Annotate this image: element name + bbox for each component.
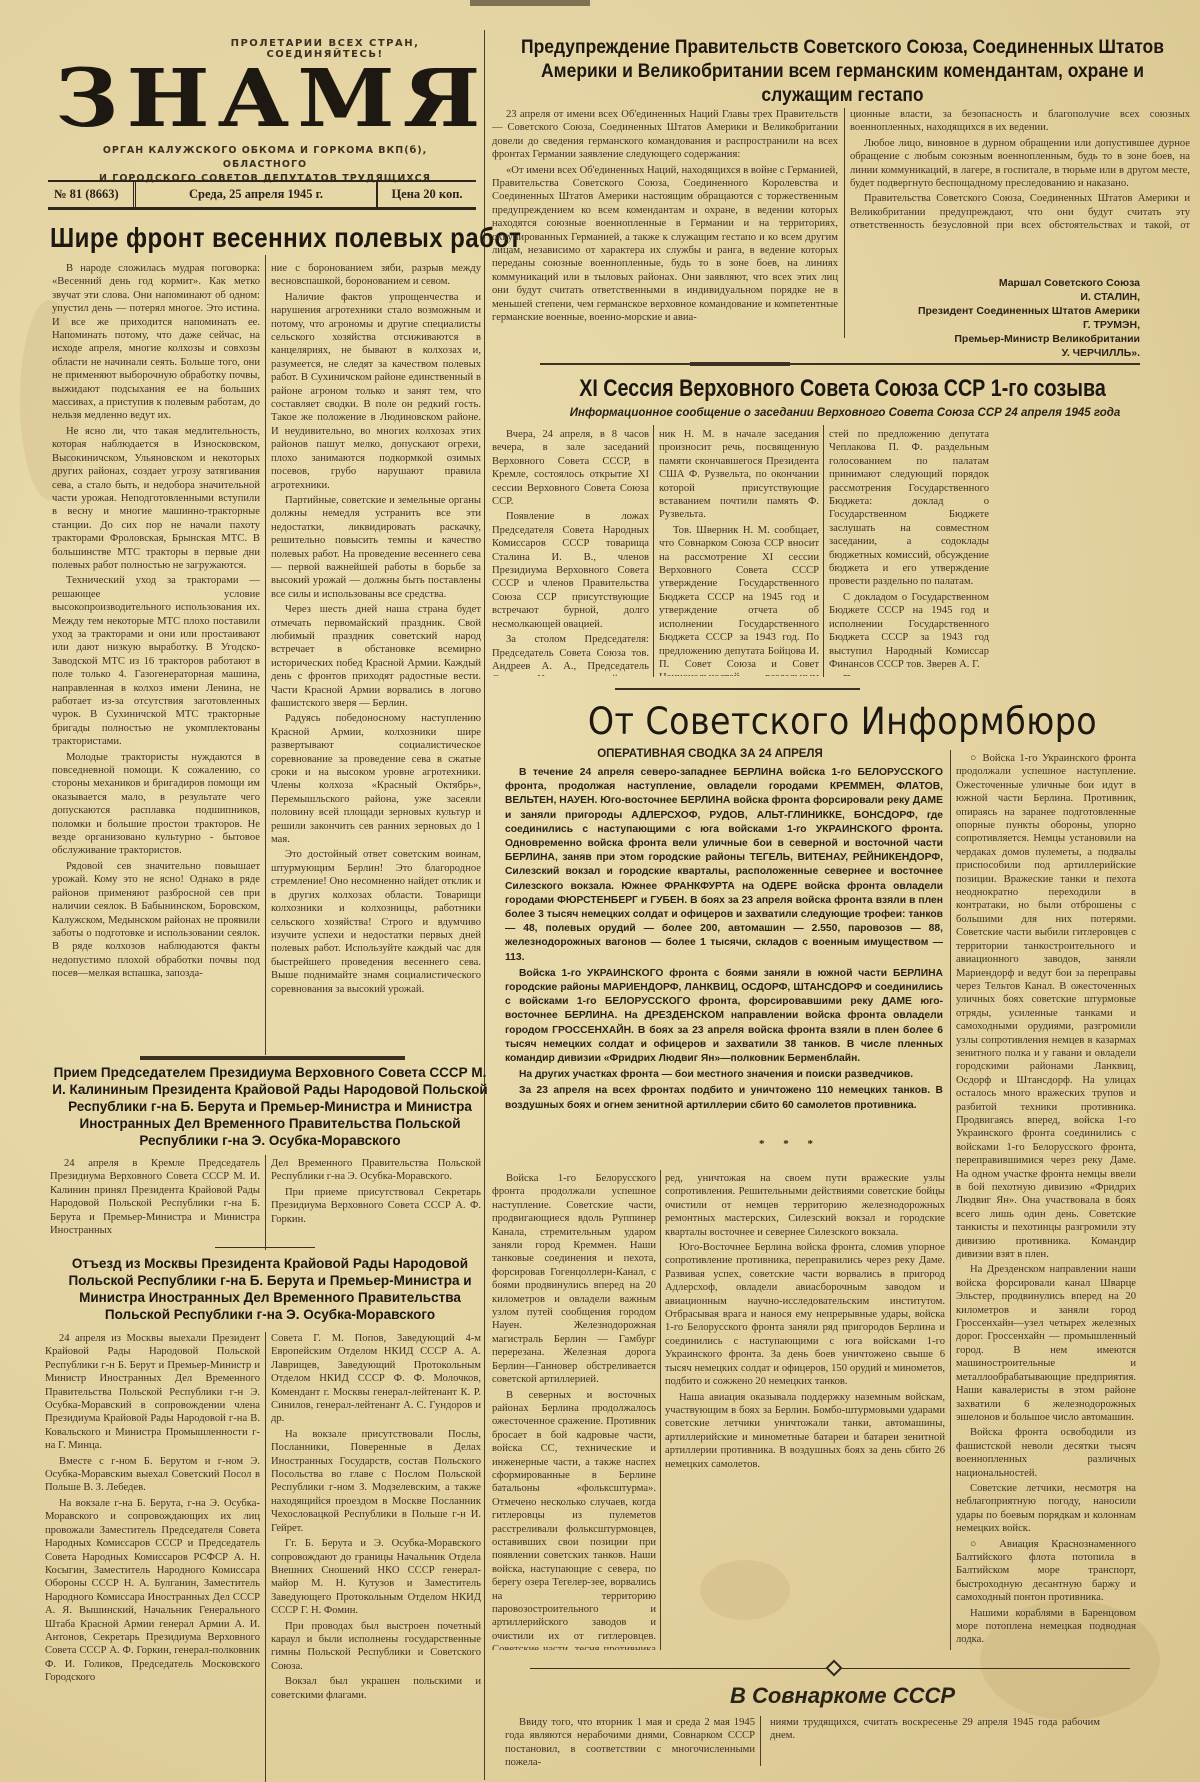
- paragraph: Дел Временного Правительства Польской Ре…: [271, 1157, 481, 1184]
- paragraph: Войска 1-го Белорусского фронта продолжа…: [492, 1172, 656, 1387]
- paragraph: 24 апреля в Кремле Председатель Президиу…: [50, 1157, 260, 1237]
- paragraph: ниями трудящихся, считать воскресенье 29…: [770, 1716, 1100, 1743]
- paragraph: Войска фронта освободили из фашистской н…: [956, 1426, 1136, 1480]
- reception-headline: Прием Председателем Президиума Верховног…: [50, 1064, 490, 1149]
- paragraph: Вместе с г-ном Б. Берутом и г-ном Э. Осу…: [45, 1455, 260, 1495]
- column-divider: [844, 108, 845, 338]
- issue-info-bar: № 81 (8663) Среда, 25 апреля 1945 г. Цен…: [48, 180, 476, 210]
- signature-title: Маршал Советского Союза: [999, 276, 1140, 290]
- paragraph: ○ Войска 1-го Украинского фронта продолж…: [956, 752, 1136, 1261]
- paragraph: ние с боронованием зяби, разрыв между ве…: [271, 262, 481, 289]
- paragraph: Совета Г. М. Попов, Заведующий 4-м Европ…: [271, 1332, 481, 1426]
- editorial-headline: Шире фронт весенних полевых работ: [50, 222, 480, 254]
- warning-headline: Предупреждение Правительств Советского С…: [518, 36, 1167, 108]
- sovnarkom-headline: В Совнаркоме СССР: [490, 1683, 1195, 1709]
- newspaper-page: ПРОЛЕТАРИИ ВСЕХ СТРАН, СОЕДИНЯЙТЕСЬ! ЗНА…: [0, 0, 1200, 1782]
- paragraph: Технический уход за тракторами — решающе…: [52, 574, 260, 748]
- paragraph: Нашими кораблями в Баренцовом море потоп…: [956, 1607, 1136, 1647]
- divider-diamond-ornament: [826, 1660, 843, 1677]
- warning-column-2: ционные власти, за безопасность и благоп…: [850, 108, 1190, 233]
- session-column-1: Вчера, 24 апреля, в 8 часов вечера, в за…: [492, 428, 649, 676]
- paragraph: ред, уничтожая на своем пути вражеские у…: [665, 1172, 945, 1239]
- informburo-lower-column-2: ред, уничтожая на своем пути вражеские у…: [665, 1172, 945, 1650]
- column-divider: [823, 425, 824, 677]
- paragraph: Гг. Б. Берута и Э. Осубка-Моравского соп…: [271, 1537, 481, 1617]
- paragraph: При приеме присутствовал Секретарь Прези…: [271, 1186, 481, 1226]
- paragraph: Советские летчики, несмотря на неблагопр…: [956, 1482, 1136, 1536]
- issue-date: Среда, 25 апреля 1945 г.: [136, 182, 378, 207]
- reception-column-2: Дел Временного Правительства Польской Ре…: [271, 1157, 481, 1245]
- sovnarkom-column-1: Ввиду того, что вторник 1 мая и среда 2 …: [505, 1716, 755, 1776]
- column-divider: [653, 425, 654, 677]
- section-divider: [140, 1056, 405, 1060]
- issue-number: № 81 (8663): [48, 182, 136, 207]
- paragraph: Войска 1-го УКРАИНСКОГО фронта с боями з…: [505, 967, 943, 1066]
- paragraph: 24 апреля из Москвы выехали Президент Кр…: [45, 1332, 260, 1453]
- paragraph: За столом Председателя: Председатель Сов…: [492, 633, 649, 676]
- departure-column-2: Совета Г. М. Попов, Заведующий 4-м Европ…: [271, 1332, 481, 1772]
- section-divider-ornament: [690, 362, 790, 366]
- paragraph: ционные власти, за безопасность и благоп…: [850, 108, 1190, 135]
- paragraph: Радуясь победоносному наступлению Красно…: [271, 712, 481, 846]
- signature-name: И. СТАЛИН,: [999, 290, 1140, 304]
- paragraph: Наличие фактов упрощенчества и нарушения…: [271, 291, 481, 492]
- signature-name: У. ЧЕРЧИЛЛЬ».: [954, 346, 1140, 360]
- paragraph: Через шесть дней наша страна будет отмеч…: [271, 603, 481, 710]
- reception-column-1: 24 апреля в Кремле Председатель Президиу…: [50, 1157, 260, 1245]
- session-column-2: ник Н. М. в начале заседания произносит …: [659, 428, 819, 676]
- session-column-3: стей по предложению депутата Чеплакова П…: [829, 428, 989, 676]
- paragraph: В течение 24 апреля северо-западнее БЕРЛ…: [505, 766, 943, 965]
- signature-stalin: Маршал Советского Союза И. СТАЛИН,: [999, 276, 1140, 304]
- paragraph: Вчера, 24 апреля, в 8 часов вечера, в за…: [492, 428, 649, 508]
- paragraph: В народе сложилась мудрая поговорка: «Ве…: [52, 262, 260, 423]
- signature-title: Премьер-Министр Великобритании: [954, 332, 1140, 346]
- editorial-column-2: ние с боронованием зяби, разрыв между ве…: [271, 262, 481, 1052]
- paragraph: Не ясно ли, что такая медлительность, ко…: [52, 425, 260, 572]
- previous-page-strip: [470, 0, 590, 6]
- operative-summary: В течение 24 апреля северо-западнее БЕРЛ…: [505, 766, 943, 1138]
- paragraph: На других участках фронта — бои местного…: [505, 1068, 943, 1082]
- section-divider: [615, 688, 860, 690]
- paragraph: Правительства Советского Союза, Соединен…: [850, 192, 1190, 233]
- paragraph: ник Н. М. в начале заседания произносит …: [659, 428, 819, 522]
- organ-line-1: ОРГАН КАЛУЖСКОГО ОБКОМА И ГОРКОМА ВКП(б)…: [60, 144, 470, 172]
- paragraph: Тов. Шверник Н. М. сообщает, что Совнарк…: [659, 524, 819, 676]
- operative-summary-title: ОПЕРАТИВНАЯ СВОДКА ЗА 24 АПРЕЛЯ: [540, 748, 880, 760]
- paragraph: Любое лицо, виновное в дурном обращении …: [850, 137, 1190, 191]
- paragraph: 23 апреля от имени всех Об'единенных Нац…: [492, 108, 838, 162]
- warning-column-1: 23 апреля от имени всех Об'единенных Нац…: [492, 108, 838, 340]
- column-divider: [760, 1716, 761, 1766]
- paragraph: По окончании доклада тов. Зверева А. Г. …: [829, 673, 989, 676]
- paragraph: Появление в ложах Председателя Совета На…: [492, 510, 649, 631]
- signature-truman: Президент Соединенных Штатов Америки Г. …: [918, 304, 1140, 332]
- paragraph: Вокзал был украшен польскими и советским…: [271, 1675, 481, 1702]
- paragraph: Юго-Восточнее Берлина войска фронта, сло…: [665, 1241, 945, 1388]
- paragraph: При проводах был выстроен почетный карау…: [271, 1620, 481, 1674]
- paragraph: ○ Авиация Краснознаменного Балтийского ф…: [956, 1538, 1136, 1605]
- paragraph: стей по предложению депутата Чеплакова П…: [829, 428, 989, 589]
- column-divider: [265, 1155, 266, 1250]
- paragraph: Рядовой сев значительно повышает урожай.…: [52, 860, 260, 981]
- paragraph: Это достойный ответ советским воинам, шт…: [271, 848, 481, 995]
- session-subheadline: Информационное сообщение о заседании Вер…: [500, 407, 1190, 419]
- issue-price: Цена 20 коп.: [378, 182, 476, 207]
- section-divider: [540, 363, 1140, 365]
- newspaper-title: ЗНАМЯ: [55, 62, 465, 134]
- paragraph: Наша авиация оказывала поддержку наземны…: [665, 1391, 945, 1471]
- paragraph: «От имени всех Об'единенных Наций, наход…: [492, 164, 838, 325]
- sovnarkom-column-2: ниями трудящихся, считать воскресенье 29…: [770, 1716, 1100, 1776]
- column-divider: [950, 750, 951, 1650]
- paragraph: На Дрезденском направлении наши войска ф…: [956, 1263, 1136, 1424]
- paragraph: С докладом о Государственном Бюджете ССС…: [829, 591, 989, 671]
- signature-name: Г. ТРУМЭН,: [918, 318, 1140, 332]
- session-headline: XI Сессия Верховного Совета Союза ССР 1-…: [553, 375, 1131, 403]
- informburo-right-column: ○ Войска 1-го Украинского фронта продолж…: [956, 752, 1136, 1652]
- paragraph: Ввиду того, что вторник 1 мая и среда 2 …: [505, 1716, 755, 1770]
- paragraph: Партийные, советские и земельные органы …: [271, 494, 481, 601]
- paragraph: Молодые трактористы нуждаются в повседне…: [52, 751, 260, 858]
- informburo-headline: От Советского Информбюро: [525, 700, 1160, 743]
- departure-headline: Отъезд из Москвы Президента Крайовой Рад…: [50, 1255, 490, 1323]
- signature-churchill: Премьер-Министр Великобритании У. ЧЕРЧИЛ…: [954, 332, 1140, 360]
- paragraph: На вокзале г-на Б. Берута, г-на Э. Осубк…: [45, 1497, 260, 1685]
- departure-column-1: 24 апреля из Москвы выехали Президент Кр…: [45, 1332, 260, 1772]
- section-divider: [215, 1247, 315, 1248]
- column-divider: [265, 255, 266, 1055]
- signature-title: Президент Соединенных Штатов Америки: [918, 304, 1140, 318]
- column-divider: [484, 30, 485, 1780]
- editorial-column-1: В народе сложилась мудрая поговорка: «Ве…: [52, 262, 260, 1052]
- informburo-lower-column-1: Войска 1-го Белорусского фронта продолжа…: [492, 1172, 656, 1650]
- column-divider: [660, 1170, 661, 1650]
- column-divider: [265, 1332, 266, 1782]
- paragraph: За 23 апреля на всех фронтах подбито и у…: [505, 1084, 943, 1112]
- paragraph: На вокзале присутствовали Послы, Посланн…: [271, 1428, 481, 1535]
- paragraph: В северных и восточных районах Берлина п…: [492, 1389, 656, 1651]
